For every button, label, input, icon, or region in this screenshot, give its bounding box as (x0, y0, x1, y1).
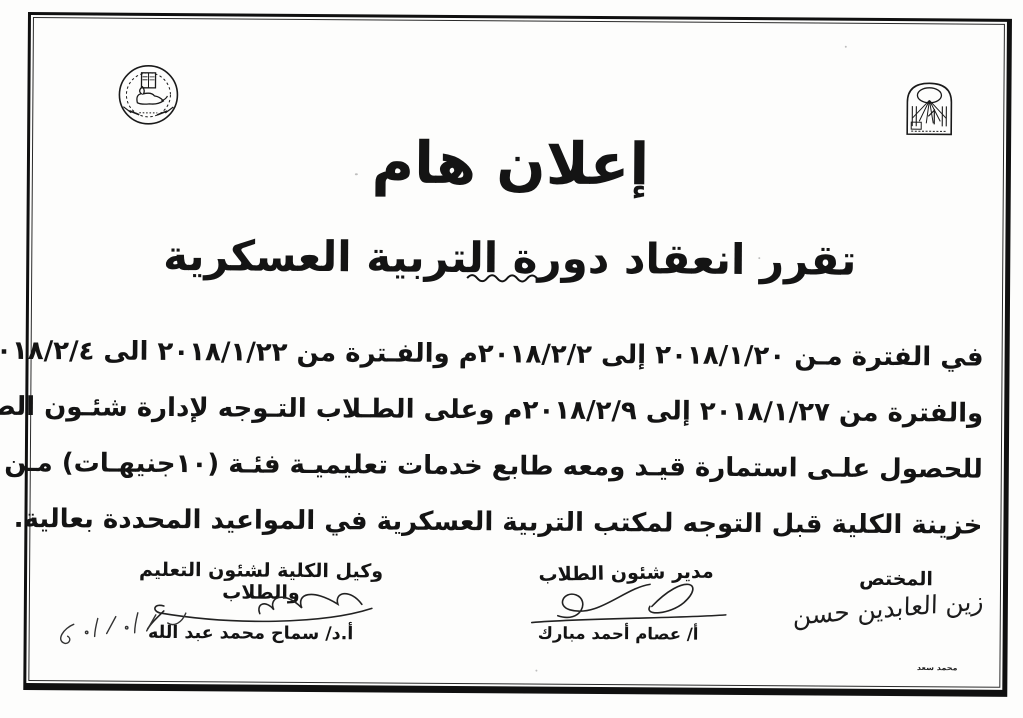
scan-speckle (355, 173, 358, 175)
course-subtitle: تقرر انعقاد دورة التربية العسكرية (0, 230, 1021, 286)
director-name: أ/ عصام أحمد مبارك (536, 624, 701, 644)
university-seal-icon (898, 78, 960, 138)
announcement-title: إعلان هام (0, 126, 1022, 201)
body-line-2: والفترة من ٢٠١٨/١/٢٧ إلى ٢٠١٨/٢/٩م وعلى … (33, 380, 983, 443)
stamp-note: محمد سعد (911, 664, 957, 672)
handwritten-date-scribble (38, 596, 198, 655)
body-paragraph: في الفترة مـن ٢٠١٨/١/٢٠ إلى ٢٠١٨/٢/٢م وا… (32, 324, 984, 555)
scan-speckle (535, 670, 537, 672)
specialist-title: المختص (831, 568, 961, 591)
body-line-3: للحصول علـى استمارة قيـد ومعه طابع خدمات… (33, 436, 983, 499)
scan-speckle (845, 46, 847, 48)
body-line-4: خزينة الكلية قبل التوجه لمكتب التربية ال… (32, 492, 982, 555)
body-line-1: في الفترة مـن ٢٠١٨/١/٢٠ إلى ٢٠١٨/٢/٢م وا… (33, 324, 983, 387)
scan-speckle (758, 257, 760, 259)
scanned-announcement-page: إعلان هام تقرر انعقاد دورة التربية العسك… (0, 0, 1023, 718)
